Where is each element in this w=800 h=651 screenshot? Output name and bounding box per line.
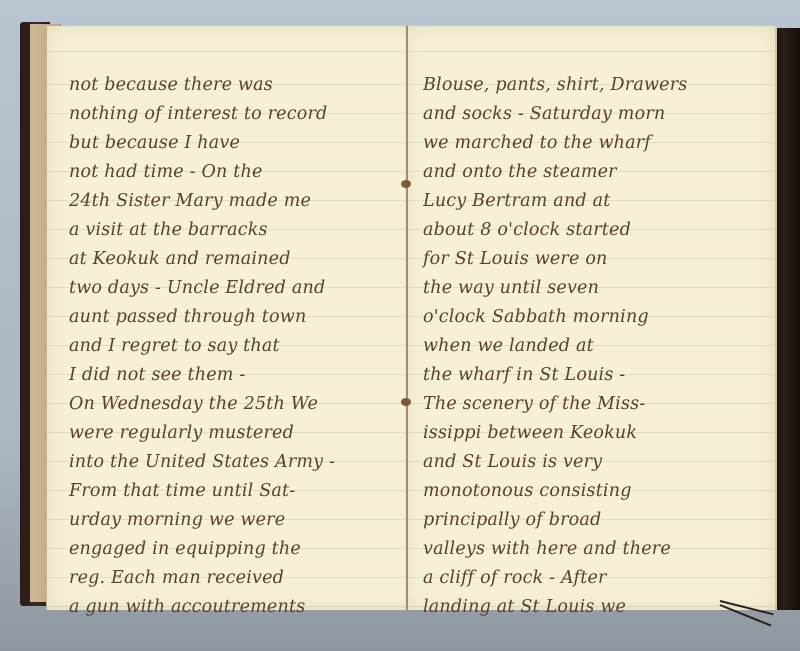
text-line: aunt passed through town <box>69 303 417 332</box>
text-line: about 8 o'clock started <box>423 216 767 245</box>
text-line: and socks - Saturday morn <box>423 100 767 129</box>
text-line: Blouse, pants, shirt, Drawers <box>423 71 767 100</box>
text-line: valleys with here and there <box>423 535 767 564</box>
text-line: On Wednesday the 25th We <box>69 390 417 419</box>
text-line: not because there was <box>69 71 417 100</box>
text-line: for St Louis were on <box>423 245 767 274</box>
text-line: The scenery of the Miss- <box>423 390 767 419</box>
text-line: From that time until Sat- <box>69 477 417 506</box>
text-line: the wharf in St Louis - <box>423 361 767 390</box>
text-line: the way until seven <box>423 274 767 303</box>
text-line: a visit at the barracks <box>69 216 417 245</box>
diary-book: not because there was nothing of interes… <box>20 22 800 612</box>
text-line: 24th Sister Mary made me <box>69 187 417 216</box>
text-line: at Keokuk and remained <box>69 245 417 274</box>
left-page: not because there was nothing of interes… <box>46 26 425 610</box>
text-line: landing at St Louis we <box>423 593 767 622</box>
stitch-knot <box>401 180 411 188</box>
text-line: Lucy Bertram and at <box>423 187 767 216</box>
text-line: two days - Uncle Eldred and <box>69 274 417 303</box>
text-line: and onto the steamer <box>423 158 767 187</box>
text-line: I did not see them - <box>69 361 417 390</box>
text-line: issippi between Keokuk <box>423 419 767 448</box>
right-page-text: Blouse, pants, shirt, Drawers and socks … <box>423 71 767 622</box>
text-line: a gun with accoutrements <box>69 593 417 622</box>
text-line: we marched to the wharf <box>423 129 767 158</box>
binding-gutter <box>406 26 408 610</box>
text-line: and St Louis is very <box>423 448 767 477</box>
stitch-knot <box>401 398 411 406</box>
text-line: nothing of interest to record <box>69 100 417 129</box>
text-line: but because I have <box>69 129 417 158</box>
text-line: were regularly mustered <box>69 419 417 448</box>
text-line: into the United States Army - <box>69 448 417 477</box>
text-line: o'clock Sabbath morning <box>423 303 767 332</box>
text-line: engaged in equipping the <box>69 535 417 564</box>
left-page-text: not because there was nothing of interes… <box>69 71 417 622</box>
text-line: reg. Each man received <box>69 564 417 593</box>
text-line: monotonous consisting <box>423 477 767 506</box>
right-page: Blouse, pants, shirt, Drawers and socks … <box>405 26 777 610</box>
text-line: principally of broad <box>423 506 767 535</box>
text-line: a cliff of rock - After <box>423 564 767 593</box>
text-line: urday morning we were <box>69 506 417 535</box>
text-line: and I regret to say that <box>69 332 417 361</box>
text-line: not had time - On the <box>69 158 417 187</box>
text-line: when we landed at <box>423 332 767 361</box>
